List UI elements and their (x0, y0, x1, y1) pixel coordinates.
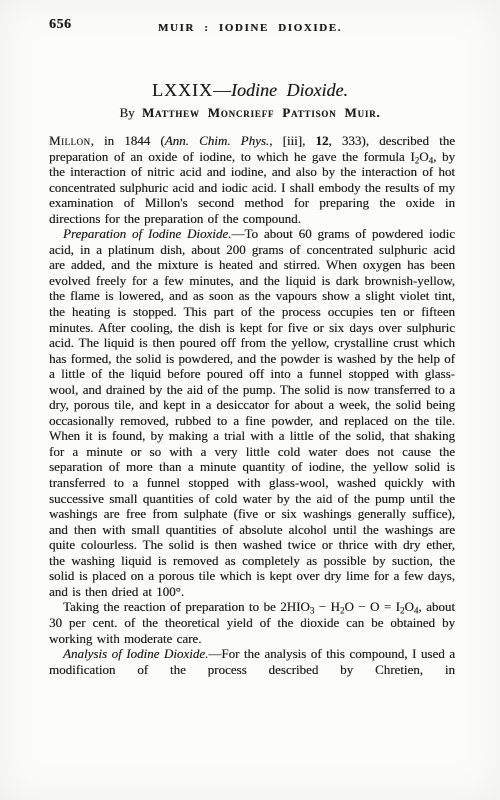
text-segment: − H (314, 599, 340, 614)
byline-prefix: By (120, 105, 142, 120)
running-head: MUIR : IODINE DIOXIDE. (158, 22, 342, 34)
paragraph: Millon, in 1844 (Ann. Chim. Phys., [iii]… (49, 133, 455, 226)
text-segment: O (419, 149, 428, 164)
byline-author: Matthew Moncrieff Pattison Muir. (142, 105, 381, 120)
text-segment: Taking the reaction of preparation to be… (63, 599, 310, 614)
page-number: 656 (49, 17, 72, 33)
byline: By Matthew Moncrieff Pattison Muir. (0, 105, 500, 121)
text-segment: Ann. Chim. Phys. (165, 133, 269, 148)
paragraph: Analysis of Iodine Dioxide.—For the anal… (49, 646, 455, 677)
page-header: 656 MUIR : IODINE DIOXIDE. (0, 18, 500, 36)
article-title-number: LXXIX (152, 80, 213, 100)
text-segment: Millon (49, 133, 91, 148)
article-title-name: Iodine Dioxide. (231, 80, 348, 100)
paragraph: Taking the reaction of preparation to be… (49, 599, 455, 646)
text-segment: Analysis of Iodine Dioxide. (63, 646, 208, 661)
text-segment: Preparation of Iodine Dioxide. (63, 226, 231, 241)
article-title-separator: — (213, 80, 231, 100)
paragraph: Preparation of Iodine Dioxide.—To about … (49, 226, 455, 599)
text-segment: —To about 60 grams of powdered iodic aci… (49, 226, 455, 599)
text-segment: 12 (316, 133, 329, 148)
article-title: LXXIX—Iodine Dioxide. (0, 80, 500, 101)
text-segment: , in 1844 ( (91, 133, 165, 148)
text-segment: O (405, 599, 414, 614)
scanned-journal-page: 656 MUIR : IODINE DIOXIDE. LXXIX—Iodine … (0, 0, 500, 800)
text-segment: , [iii], (269, 133, 315, 148)
article-body: Millon, in 1844 (Ann. Chim. Phys., [iii]… (49, 133, 455, 677)
text-segment: O − O = I (344, 599, 400, 614)
